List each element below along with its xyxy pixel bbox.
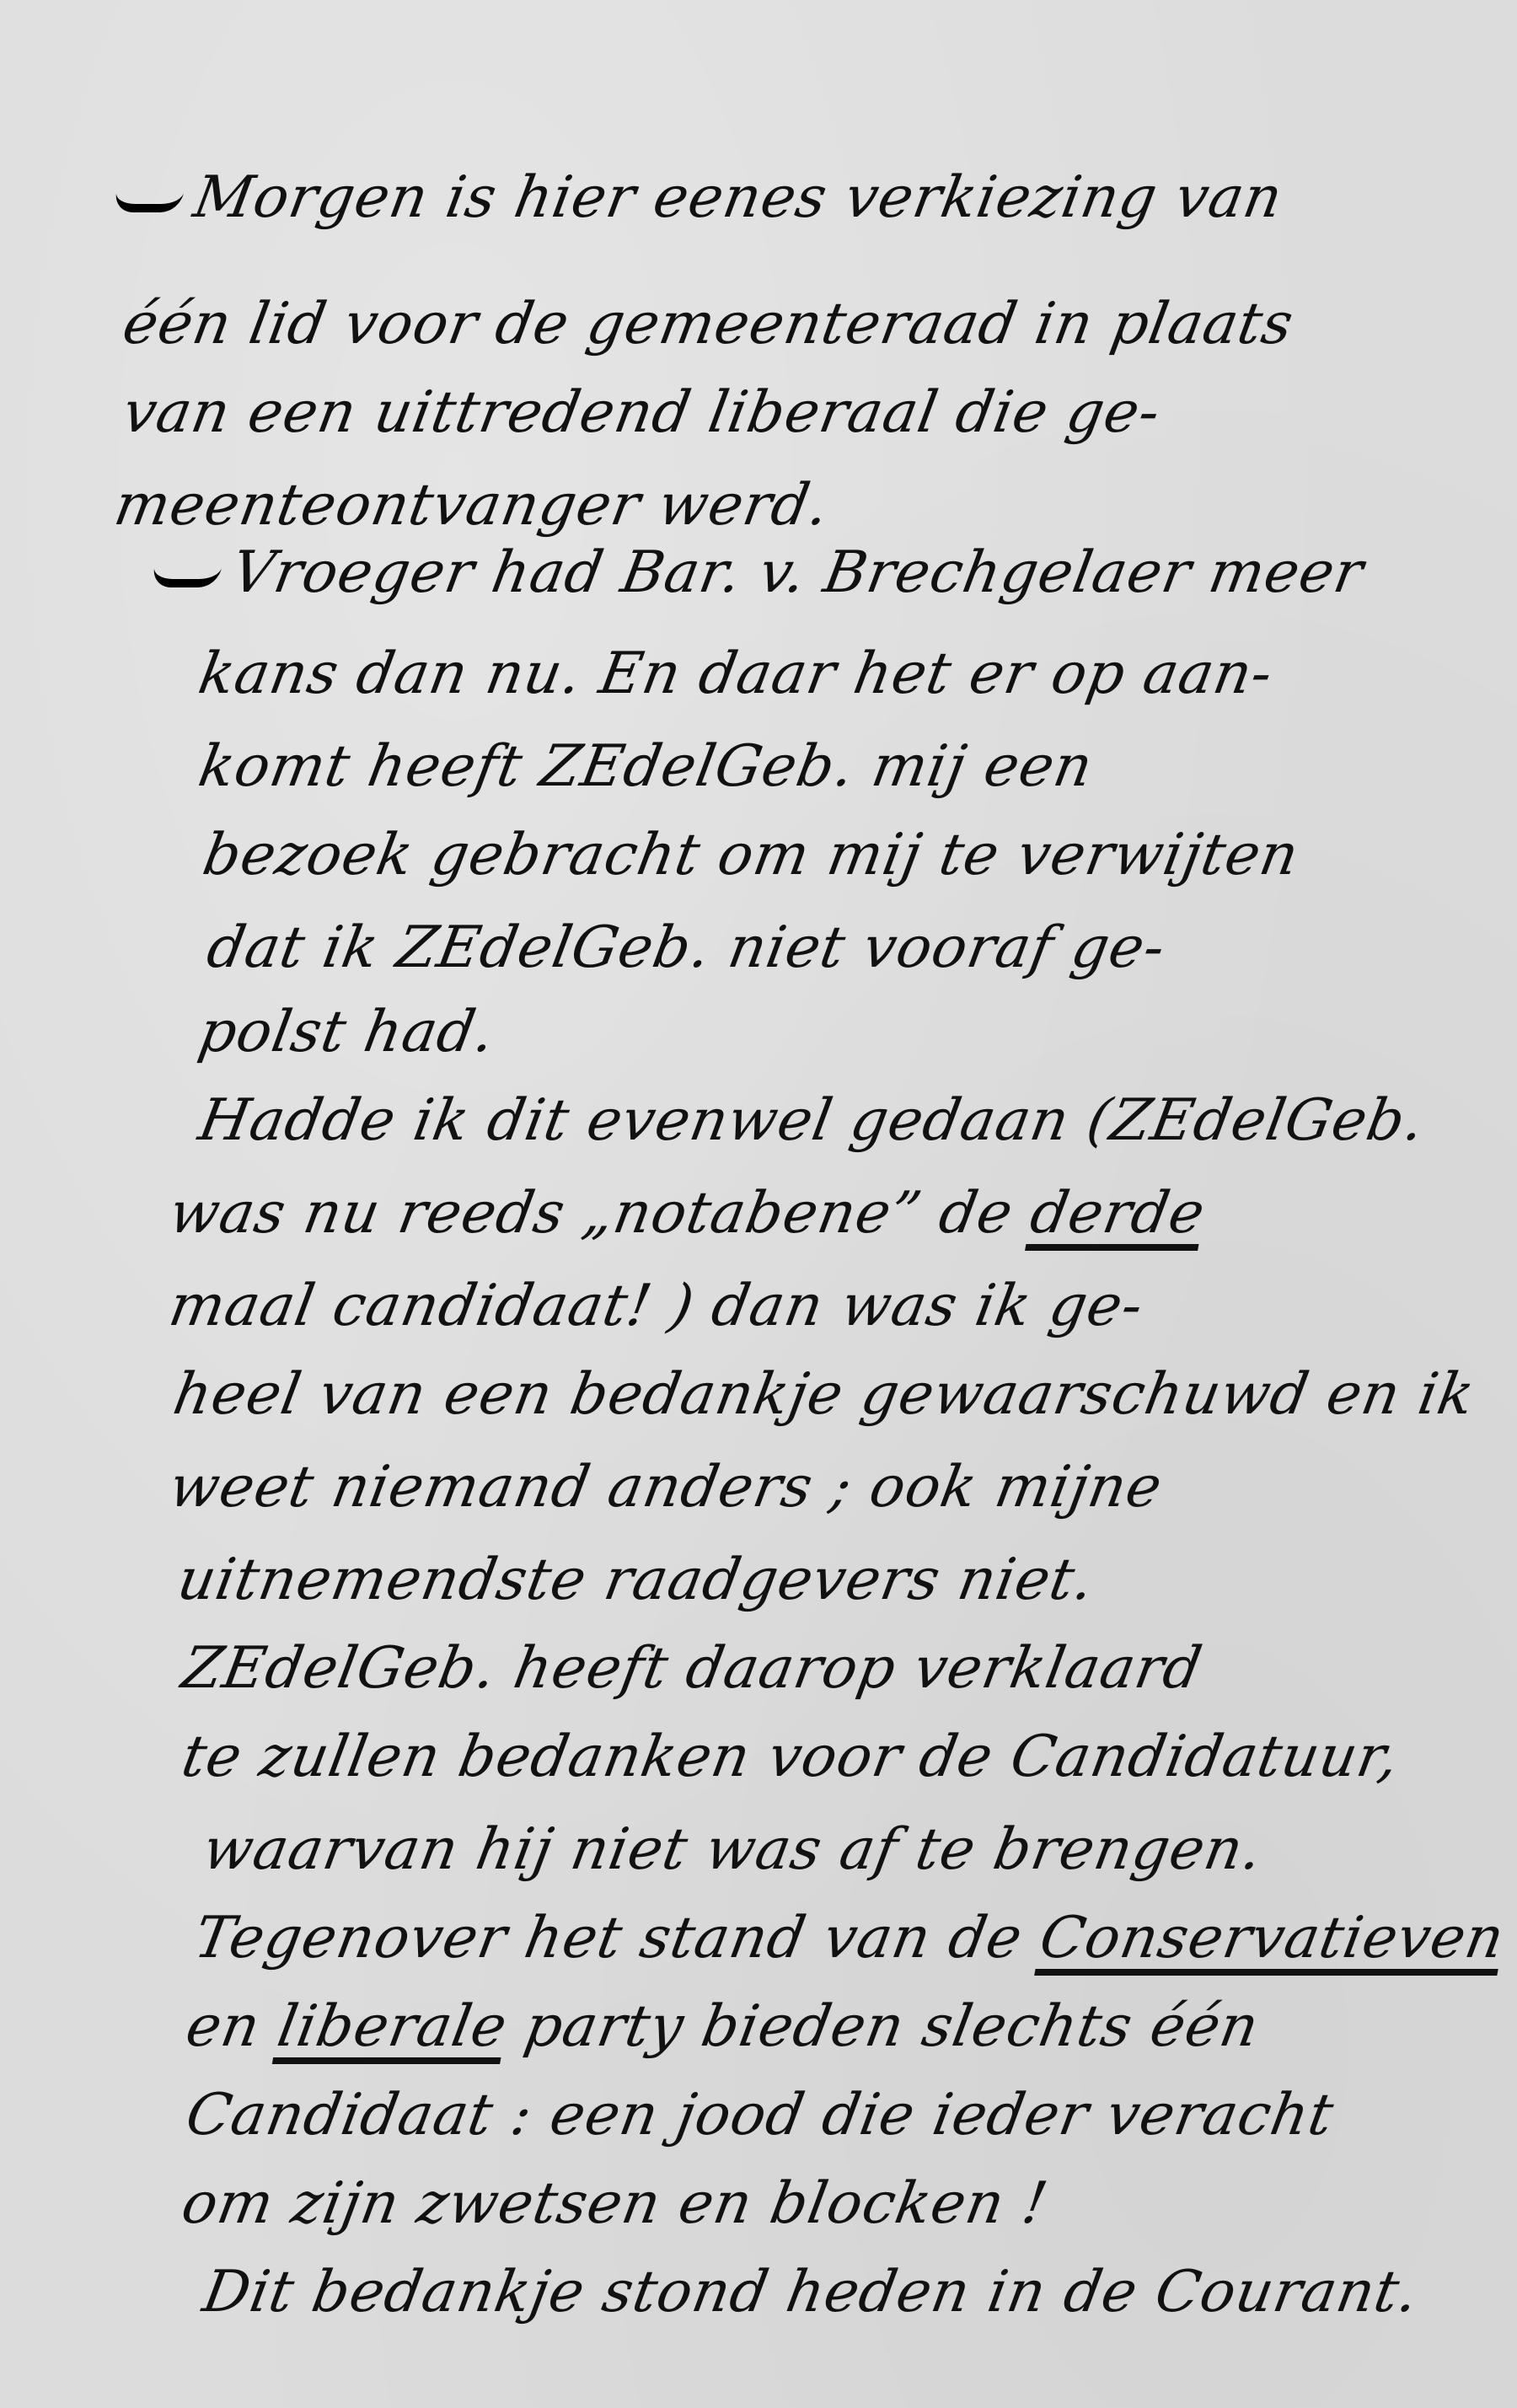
handwritten-line: Hadde ik dit evenwel gedaan (ZEdelGeb. <box>194 1087 1429 1154</box>
line-text: bezoek gebracht om mij te verwijten <box>198 822 1304 888</box>
line-text: ZEdelGeb. heeft daarop verklaard <box>177 1635 1207 1702</box>
handwritten-line: maal candidaat! ) dan was ik ge- <box>164 1273 1149 1339</box>
handwritten-line: te zullen bedanken voor de Candidatuur, <box>177 1724 1404 1790</box>
handwritten-line: polst had. <box>194 999 500 1065</box>
handwritten-line: één lid voor de gemeenteraad in plaats <box>118 291 1299 357</box>
line-text: Candidaat : een jood die ieder veracht <box>181 2082 1339 2148</box>
line-text: Hadde ik dit evenwel gedaan (ZEdelGeb. <box>194 1087 1429 1154</box>
line-text: kans dan nu. En daar het er op aan- <box>194 641 1278 707</box>
handwritten-line: komt heeft ZEdelGeb. mij een <box>194 733 1098 800</box>
line-text: Dit bedankje stond heden in de Courant. <box>198 2259 1423 2325</box>
handwritten-line: Dit bedankje stond heden in de Courant. <box>198 2259 1423 2325</box>
handwritten-line: Morgen is hier eenes verkiezing van <box>110 164 1288 231</box>
line-text: Tegenover het stand van de Conservatieve… <box>190 1905 1509 1971</box>
line-text: om zijn zwetsen en blocken ! <box>177 2170 1053 2237</box>
handwritten-line: ZEdelGeb. heeft daarop verklaard <box>177 1635 1207 1702</box>
line-text: te zullen bedanken voor de Candidatuur, <box>177 1724 1404 1790</box>
handwritten-line: waarvan hij niet was af te brengen. <box>198 1816 1268 1883</box>
handwritten-line: en liberale party bieden slechts één <box>181 1993 1264 2060</box>
handwritten-line: kans dan nu. En daar het er op aan- <box>194 641 1278 707</box>
line-text: polst had. <box>194 999 500 1065</box>
line-text: van een uittredend liberaal die ge- <box>118 379 1166 446</box>
handwritten-line: meenteontvanger werd. <box>110 472 834 539</box>
underlined-word: liberale <box>273 1993 512 2060</box>
underlined-word: Conservatieven <box>1035 1905 1509 1971</box>
handwritten-line: Tegenover het stand van de Conservatieve… <box>190 1905 1509 1971</box>
line-text: één lid voor de gemeenteraad in plaats <box>118 291 1299 357</box>
handwritten-line: van een uittredend liberaal die ge- <box>118 379 1166 446</box>
dash-mark <box>151 567 222 587</box>
handwritten-line: weet niemand anders ; ook mijne <box>164 1454 1167 1520</box>
line-text: dat ik ZEdelGeb. niet vooraf ge- <box>202 914 1171 981</box>
handwritten-line: uitnemendste raadgevers niet. <box>173 1547 1099 1613</box>
line-text: waarvan hij niet was af te brengen. <box>198 1816 1268 1883</box>
line-text: meenteontvanger werd. <box>110 472 834 539</box>
line-text: weet niemand anders ; ook mijne <box>164 1454 1167 1520</box>
handwritten-line: was nu reeds „notabene” de derde <box>164 1180 1210 1247</box>
handwritten-line: bezoek gebracht om mij te verwijten <box>198 822 1304 888</box>
letter-page: Morgen is hier eenes verkiezing van één … <box>0 0 1517 2408</box>
handwritten-line: heel van een bedankje gewaarschuwd en ik <box>169 1361 1480 1428</box>
line-text: komt heeft ZEdelGeb. mij een <box>194 733 1098 800</box>
handwritten-line: om zijn zwetsen en blocken ! <box>177 2170 1053 2237</box>
handwritten-line: Candidaat : een jood die ieder veracht <box>181 2082 1339 2148</box>
line-text: Vroeger had Bar. v. Brechgelaer meer <box>227 539 1369 606</box>
line-text: uitnemendste raadgevers niet. <box>173 1547 1099 1613</box>
line-text: en liberale party bieden slechts één <box>181 1993 1264 2060</box>
line-text: heel van een bedankje gewaarschuwd en ik <box>169 1361 1480 1428</box>
line-text: was nu reeds „notabene” de derde <box>164 1180 1210 1247</box>
dash-mark <box>113 192 184 212</box>
line-text: Morgen is hier eenes verkiezing van <box>189 164 1288 231</box>
line-text: maal candidaat! ) dan was ik ge- <box>164 1273 1149 1339</box>
underlined-word: derde <box>1026 1180 1210 1247</box>
handwritten-line: dat ik ZEdelGeb. niet vooraf ge- <box>202 914 1171 981</box>
handwritten-line: Vroeger had Bar. v. Brechgelaer meer <box>147 539 1369 606</box>
